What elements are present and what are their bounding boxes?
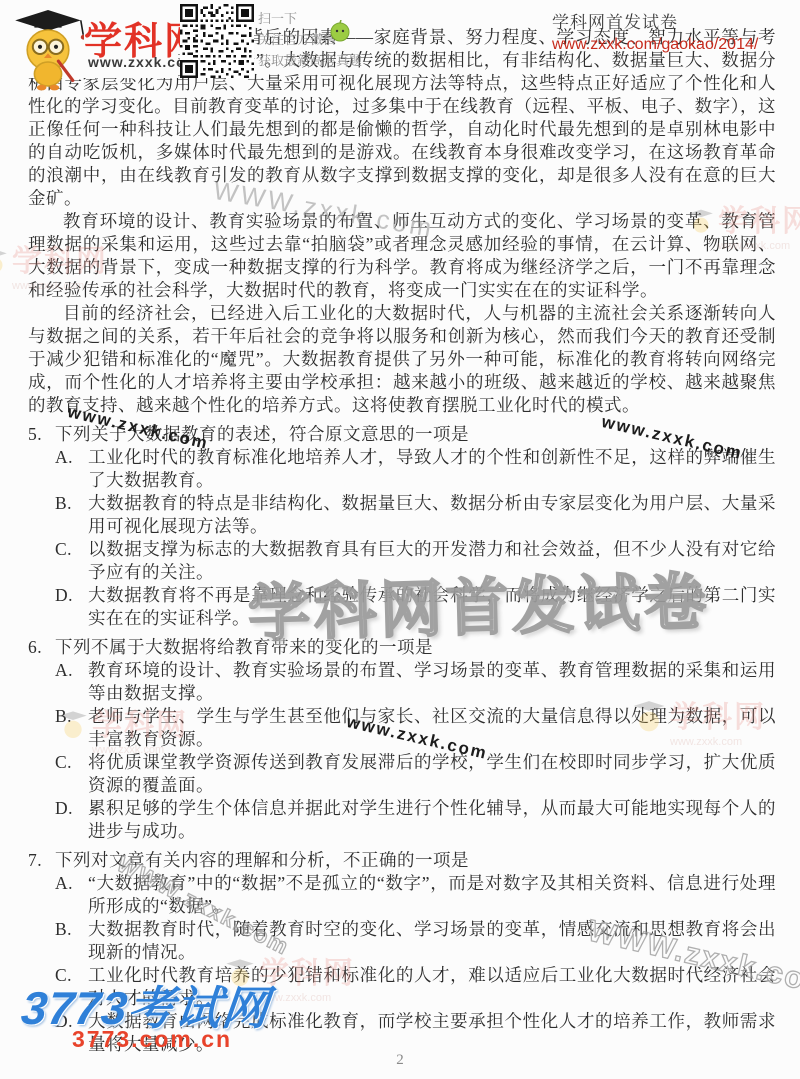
option-text: 以数据支撑为标志的大数据教育具有巨大的开发潜力和社会效益，但不少人没有对它给予应… <box>88 538 776 584</box>
question-stem-text: 下列对文章有关内容的理解和分析，不正确的一项是 <box>55 849 776 872</box>
option-label: B. <box>55 918 88 964</box>
masthead-url: www.zxxk.com/gaokao/2014/ <box>552 36 758 54</box>
option-text: 大数据教育的特点是非结构化、数据量巨大、数据分析由专家层变化为用户层、大量采用可… <box>88 492 776 538</box>
option-row: C. 将优质课堂教学资源传送到教育发展滞后的学校，学生们在校即时同步学习，扩大优… <box>28 751 776 797</box>
option-label: A. <box>55 446 88 492</box>
option-text: “大数据教育”中的“数据”不是孤立的“数字”，而是对数字及其相关资料、信息进行处… <box>88 872 776 918</box>
question-stem: 6. 下列不属于大数据将给教育带来的变化的一项是 <box>28 636 776 659</box>
exam-page: 这只是一个“数字”；如果把背后的因素——家庭背景、努力程度、学习态度、智力水平等… <box>0 0 800 1079</box>
option-row: A. 教育环境的设计、教育实验场景的布置、学习场景的变革、教育管理数据的采集和运… <box>28 659 776 705</box>
option-text: 将优质课堂教学资源传送到教育发展滞后的学校，学生们在校即时同步学习，扩大优质资源… <box>88 751 776 797</box>
question-stem-text: 下列关于大数据教育的表述，符合原文意思的一项是 <box>55 423 776 446</box>
masthead: 学科网首发试卷 www.zxxk.com/gaokao/2014/ <box>552 8 758 54</box>
question-number: 7. <box>28 849 55 872</box>
question-stem: 7. 下列对文章有关内容的理解和分析，不正确的一项是 <box>28 849 776 872</box>
option-row: B. 大数据教育时代，随着教育时空的变化、学习场景的变革，情感交流和思想教育将会… <box>28 918 776 964</box>
masthead-title: 学科网首发试卷 <box>552 8 758 33</box>
option-row: C. 工业化时代教育培养的少犯错和标准化的人才，难以适应后工业化大数据时代经济社… <box>28 964 776 1010</box>
option-row: B. 大数据教育的特点是非结构化、数据量巨大、数据分析由专家层变化为用户层、大量… <box>28 492 776 538</box>
option-row: C. 以数据支撑为标志的大数据教育具有巨大的开发潜力和社会效益，但不少人没有对它… <box>28 538 776 584</box>
question-7: 7. 下列对文章有关内容的理解和分析，不正确的一项是 A. “大数据教育”中的“… <box>28 849 776 1056</box>
option-text: 累积足够的学生个体信息并据此对学生进行个性化辅导，从而最大可能地实现每个人的进步… <box>88 797 776 843</box>
option-row: B. 老师与学生、学生与学生甚至他们与家长、社区交流的大量信息得以处理为数据，可… <box>28 705 776 751</box>
option-text: 工业化时代的教育标准化地培养人才，导致人才的个性和创新性不足，这样的弊端催生了大… <box>88 446 776 492</box>
option-text: 老师与学生、学生与学生甚至他们与家长、社区交流的大量信息得以处理为数据，可以丰富… <box>88 705 776 751</box>
question-number: 5. <box>28 423 55 446</box>
qr-code-icon <box>180 4 254 78</box>
option-text: 工业化时代教育培养的少犯错和标准化的人才，难以适应后工业化大数据时代经济社会对人… <box>88 964 776 1010</box>
owl-mascot-icon <box>0 249 8 279</box>
option-label: B. <box>55 492 88 538</box>
passage-paragraph: 目前的经济社会，已经进入后工业化的大数据时代，人与机器的主流社会关系逐渐转向人与… <box>28 302 776 417</box>
option-text: 大数据教育由网络完成标准化教育，而学校主要承担个性化人才的培养工作，教师需求量将… <box>88 1010 776 1056</box>
option-row: D. 累积足够的学生个体信息并据此对学生进行个性化辅导，从而最大可能地实现每个人… <box>28 797 776 843</box>
qr-caption-line2: 获取最新高考真题 <box>258 50 362 71</box>
question-stem: 5. 下列关于大数据教育的表述，符合原文意思的一项是 <box>28 423 776 446</box>
option-text: 教育环境的设计、教育实验场景的布置、学习场景的变革、教育管理数据的采集和运用等由… <box>88 659 776 705</box>
option-row: A. “大数据教育”中的“数据”不是孤立的“数字”，而是对数字及其相关资料、信息… <box>28 872 776 918</box>
option-row: D. 大数据教育由网络完成标准化教育，而学校主要承担个性化人才的培养工作，教师需… <box>28 1010 776 1056</box>
option-label: D. <box>55 1010 88 1056</box>
passage-paragraph: 教育环境的设计、教育实验场景的布置、师生互动方式的变化、学习场景的变革、教育管理… <box>28 210 776 302</box>
passage-and-questions: 这只是一个“数字”；如果把背后的因素——家庭背景、努力程度、学习态度、智力水平等… <box>28 26 776 1056</box>
question-5: 5. 下列关于大数据教育的表述，符合原文意思的一项是 A. 工业化时代的教育标准… <box>28 423 776 630</box>
option-text: 大数据教育时代，随着教育时空的变化、学习场景的变革，情感交流和思想教育将会出现新… <box>88 918 776 964</box>
option-label: C. <box>55 964 88 1010</box>
option-label: C. <box>55 538 88 584</box>
page-number: 2 <box>0 1052 800 1069</box>
option-row: D. 大数据教育将不再是靠理念和经验传承的社会科学，而将成为继经济学之后的第二门… <box>28 584 776 630</box>
zxxk-logo: 学科网 www.zxxk.com <box>10 2 178 78</box>
option-row: A. 工业化时代的教育标准化地培养人才，导致人才的个性和创新性不足，这样的弊端催… <box>28 446 776 492</box>
option-label: D. <box>55 797 88 843</box>
question-number: 6. <box>28 636 55 659</box>
owl-mascot-icon <box>12 4 84 101</box>
option-label: B. <box>55 705 88 751</box>
option-label: C. <box>55 751 88 797</box>
option-label: A. <box>55 872 88 918</box>
option-label: A. <box>55 659 88 705</box>
option-label: D. <box>55 584 88 630</box>
option-text: 大数据教育将不再是靠理念和经验传承的社会科学，而将成为继经济学之后的第二门实实在… <box>88 584 776 630</box>
question-stem-text: 下列不属于大数据将给教育带来的变化的一项是 <box>55 636 776 659</box>
wechat-emoji-icon <box>330 20 350 47</box>
question-6: 6. 下列不属于大数据将给教育带来的变化的一项是 A. 教育环境的设计、教育实验… <box>28 636 776 843</box>
